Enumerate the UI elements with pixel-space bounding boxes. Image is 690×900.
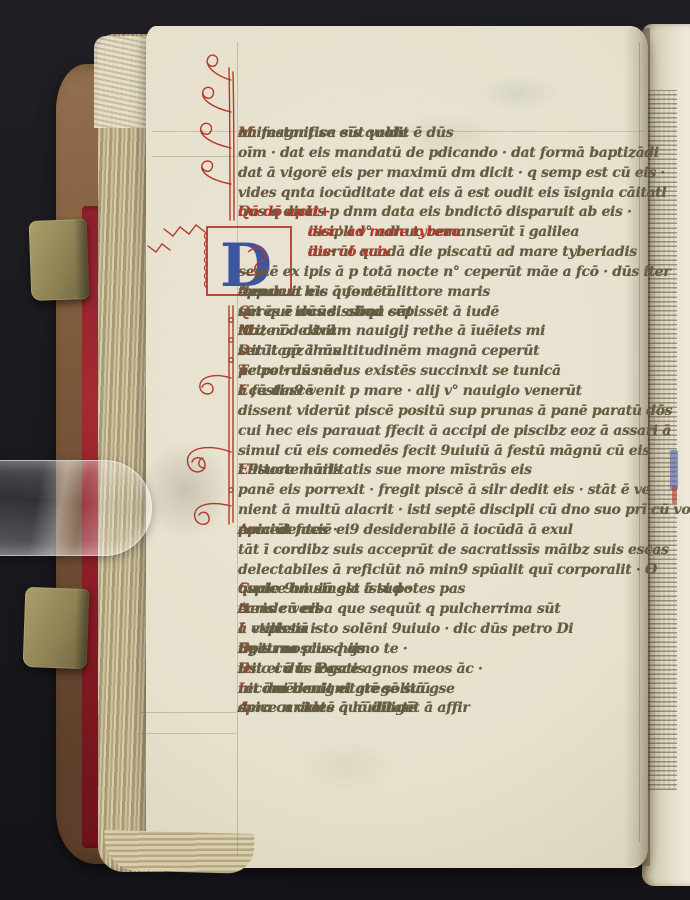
text-segment: dat ā vigorē eis per maximū dm dicit · q… (238, 164, 665, 184)
text-segment: vides qnta iocūditate dat eis ā est oudi… (238, 184, 666, 204)
manuscript-line: comedentes · Appiciūt faciē ei9 desidera… (238, 521, 650, 541)
book-weight-strip (0, 460, 152, 556)
manuscript-line: quale 9uiuiū est istud · Cōspice bn sing… (238, 580, 650, 600)
text-segment: ttende verba que sequūt q pulcherrima sū… (238, 600, 560, 620)
manuscript-line: septē ex ipis ā p totā nocte n° ceperūt … (238, 263, 650, 283)
text-segment: panē eis porrexit · fregit piscē ā silr … (238, 481, 650, 501)
strip-glare (1, 461, 138, 555)
text-segment: ūc petrus nudus existēs succinxit se tun… (238, 362, 561, 382)
manuscript-line: iscipli v° adhuc remanserūt ī galilea di… (238, 223, 650, 243)
text-segment: t sic cū tr iogatis (238, 660, 365, 680)
text-segment: uerēs ē dūs si aliqd cepissēt ā iudē (238, 303, 499, 323)
clasp-strap-bottom (23, 587, 90, 669)
text-segment: dissent viderūt piscē positū sup prunas … (238, 402, 672, 422)
text-segment: t 9suete hūilitatis sue more mīstrās eis (238, 461, 532, 481)
text-segment: ā expleto isto solēni 9uiuio · dic dūs p… (238, 620, 573, 640)
manuscript-line: panē eis porrexit · fregit piscē ā silr … (238, 481, 650, 501)
text-segment: tāt ī cordibz suis acceprūt de sacratiss… (238, 541, 669, 561)
clasp-strap-top (29, 219, 90, 301)
manuscript-line: dat ā vigorē eis per maximū dm dicit · q… (238, 164, 650, 184)
ruling-line-horizontal-bottom (140, 712, 236, 713)
text-segment: t cū descē (238, 382, 313, 402)
manuscript-line: hus q dictis p dnm data eis bndictō disp… (238, 203, 650, 223)
text-segment: septē ex ipis ā p totā nocte n° ceperūt … (238, 263, 670, 283)
rubric-segment: disc' ad mare tybera (308, 223, 460, 243)
text-block: nā magnifica sūt valde · Manifestant se … (238, 124, 650, 719)
manuscript-line: recōmēdauit ei gregē suū Iuit dni benign… (238, 680, 650, 700)
initial-fleck (670, 450, 678, 490)
rubric-segment: Qō dō apāt+ (238, 203, 331, 223)
manuscript-line: nient ā multū alacrit · isti septē disci… (238, 501, 650, 521)
text-segment: simul cū eis comedēs fecit 9uiuiū ā fest… (238, 442, 650, 462)
manuscript-line: petro · dūs ē · Tūc petrus nudus existēs… (238, 362, 650, 382)
manuscript-line: ligis me plus hijs · Et petrus Dūe tu no… (238, 640, 650, 660)
manuscript-line: simul cū eis comedēs fecit 9uiuiū ā fest… (238, 442, 650, 462)
text-segment: ūe tu noscis q amo te · (238, 640, 407, 660)
text-segment: ppiciūt faciē ei9 desiderabilē ā iocūdā … (238, 521, 573, 541)
text-segment: ttende a hīc que acta (238, 283, 396, 303)
manuscript-line: oīm · dat eis mandatū de pdicando · dat … (238, 144, 650, 164)
manuscript-line: ā vtilissiā · Iā expleto isto solēni 9ui… (238, 620, 650, 640)
text-segment: uit dni benignitatē solitā gse (238, 680, 455, 700)
rubric-segment: dis· cō xcix (308, 243, 390, 263)
manuscript-line: cui hec eis parauat ffecit ā accipi de p… (238, 422, 650, 442)
ruling-line-horizontal-bottom2 (140, 733, 236, 734)
text-segment: oīm · dat eis mandatū de pdicando · dat … (238, 144, 659, 164)
manuscript-line: serūt gō ā multitudinēm magnā ceperūt Di… (238, 342, 650, 362)
text-segment: ōspice bn singla ā si potes pas (238, 580, 465, 600)
text-segment: delectabiles ā reficiūt nō min9 spūalit … (238, 561, 657, 581)
manuscript-line: Dicit ei dūs Pasce agnos meos āc · Et si… (238, 660, 650, 680)
manuscript-line: apparuit eis ā fortē ī littore maris Att… (238, 283, 650, 303)
manuscript-line: tibz nō · dixit · Mittite ī dextrām naui… (238, 322, 650, 342)
manuscript-line: dissent viderūt piscē positū sup prunas … (238, 402, 650, 422)
manuscript-line: delectabiles ā reficiūt nō min9 spūalit … (238, 561, 650, 581)
manuscript-line: tāt ī cordibz suis acceprūt de sacratiss… (238, 541, 650, 561)
text-segment: spice n vides quō diligēt ā affir (238, 699, 469, 719)
page-stack-bottom-corner (104, 830, 255, 874)
manuscript-line: caris cū eis Attende verba que sequūt q … (238, 600, 650, 620)
manuscript-line: nā magnifica sūt valde · Manifestant se … (238, 124, 650, 144)
text-segment: cui hec eis parauat ffecit ā accipi de p… (238, 422, 671, 442)
manuscript-line: ī littore maris Et 9suete hūilitatis sue… (238, 461, 650, 481)
manuscript-line: dera caritatē ā hūilitatē Aspice n vides… (238, 699, 650, 719)
manuscript-line: vides qnta iocūditate dat eis ā est oudi… (238, 184, 650, 204)
manuscript-line: ā festin9 venit p mare · alij v° nauigio… (238, 382, 650, 402)
manuscript-line: sūt quī iocūdissima sūt Querēs ē dūs si … (238, 303, 650, 323)
photo-backdrop: D nā magnifica sūt valde · Manifestant s… (0, 0, 690, 900)
text-segment: nient ā multū alacrit · isti septē disci… (238, 501, 690, 521)
clasp-fold (74, 589, 90, 669)
text-segment: ixit itaqz ihūs (238, 342, 340, 362)
text-segment: ittite ī dextrām nauigij rethe ā īuēiets… (238, 322, 545, 342)
clasp-fold (74, 219, 90, 299)
manuscript-line: iuerūt quadā die piscatū ad mare tyberia… (238, 243, 650, 263)
text-segment: anifestant se eīs qualit ē dūs (238, 124, 453, 144)
